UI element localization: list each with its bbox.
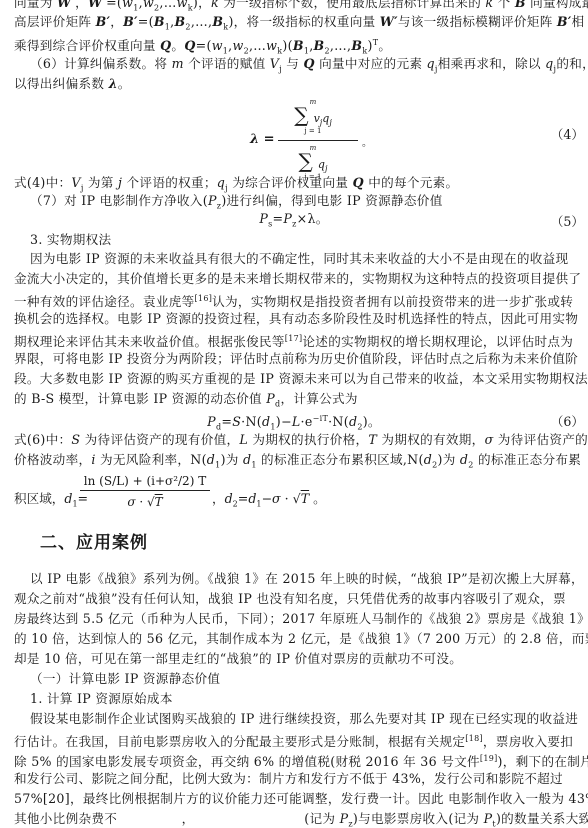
paragraph-line: 段。大多数电影 IP 资源的购买方重视的是 IP 资源未来可以为自己带来的收益，…: [14, 371, 584, 387]
paragraph-line: 期权理论来评估其未来收益价值。根据张俊民等[17]论述的实物期权的增长期权理论，…: [14, 331, 584, 350]
d1-denominator: σ · √T: [80, 495, 210, 509]
text-line: 以得出纠偏系数 λ。: [14, 76, 584, 92]
paragraph-line: 以 IP 电影《战狼》系列为例。《战狼 1》在 2015 年上映的时候，“战狼 …: [30, 571, 584, 587]
sum-upper: m: [278, 144, 348, 152]
sum-lower: j = 1: [278, 127, 348, 135]
equation-5: Ps=Pz×λ。: [0, 211, 588, 233]
paragraph-line: 的 10 倍，达到惊人的 56 亿元，其制作成本为 2 亿元，是《战狼 1》（7…: [14, 631, 584, 647]
text-line: 高层评价矩阵 B′，B′=(B1,B2,…,Bk)，将一级指标的权重向量 W′与…: [14, 14, 584, 36]
paragraph-line: 行估计。在我国，目前电影票房收入的分配最主要形式是分账制，根据有关规定[18]，…: [14, 731, 584, 750]
d1-formula: 积区域，d1= ln (S/L) + (i+σ²/2) T σ · √T ，d2…: [14, 474, 574, 518]
fraction-bar: [278, 140, 358, 141]
subsection-title-original-cost: 1. 计算 IP 资源原始成本: [30, 691, 584, 707]
paragraph-line: 却是 10 倍，可见在第一部里走红的“战狼”的 IP 价值对票房的贡献功不可没。: [14, 651, 584, 667]
text-line: （6）计算纠偏系数。将 m 个评语的赋值 Vj 与 Q 向量中对应的元素 qj相…: [30, 56, 584, 78]
section-title-application-case: 二、应用案例: [40, 528, 148, 553]
paragraph-line: 假设某电影制作企业试图购买战狼的 IP 进行继续投资，那么先要对其 IP 现在已…: [30, 711, 584, 727]
subsection-title-static-value: （一）计算电影 IP 资源静态价值: [30, 671, 584, 687]
paragraph-line: 一种有效的评估途径。袁业虎等[16]认为，实物期权是指投资者拥有以前投资带来的进…: [14, 291, 584, 310]
paragraph-line: 金流大小决定的，其价值增长更多的是未来增长期权带来的，实物期权为这种特点的投资项…: [14, 271, 584, 287]
paragraph-line: 57%[20]，最终比例根据制片方的议价能力还可能调整，发行费一计。因此 电影制…: [14, 791, 584, 807]
eq6-description: 价格波动率，i 为无风险利率，N(d1)为 d1 的标准正态分布累积区域,N(d…: [14, 452, 584, 474]
eq6-description: 式(6)中：S 为待评估资产的现有价值，L 为期权的执行价格，T 为期权的有效期…: [14, 432, 584, 448]
paragraph-line: 房最终达到 5.5 亿元（币种为人民币，下同）；2017 年原班人马制作的《战狼…: [14, 611, 584, 627]
equation-number-4: （4）: [551, 124, 584, 143]
paragraph-line: 的 B-S 模型，计算电影 IP 资源的动态价值 Pd，计算公式为: [14, 391, 584, 413]
sum-upper: m: [278, 98, 348, 106]
d1-numerator: ln (S/L) + (i+σ²/2) T: [80, 474, 210, 491]
equation-number-6: （6）: [551, 411, 584, 430]
paragraph-line: 其他小比例杂费不 ， (记为 Pz)与电影票房收入(记为 Pt)的数量关系大致为: [14, 811, 584, 828]
paragraph-line: 因为电影 IP 资源的未来收益具有很大的不确定性，同时其未来收益的大小不是由现在…: [30, 251, 584, 267]
paragraph-line: 界限，可将电影 IP 投资分为两阶段；评估时点前称为历史价值阶段，评估时点之后称…: [14, 351, 584, 367]
paragraph-line: 和发行公司、影院之间分配，比例大致为：制片方和发行方不低于 43%，发行公司和影…: [14, 771, 584, 787]
subsection-title-real-option: 3. 实物期权法: [30, 232, 584, 248]
eq4-numerator: m ∑ vjqj j = 1: [278, 98, 348, 135]
paragraph-line: 换机会的选择权。电影 IP 资源的投资过程，具有动态多阶段性及时机选择性的特点，…: [14, 311, 584, 327]
equation-number-5: （5）: [551, 211, 584, 230]
paragraph-line: 除 5% 的国家电影发展专项资金，再交纳 6% 的增值税(财税 2016 年 3…: [14, 751, 584, 770]
paragraph-line: 观众之前对“战狼”没有任何认知，战狼 IP 也没有知名度，只凭借优秀的故事内容吸…: [14, 591, 584, 607]
eq4-lhs: λ =: [250, 132, 275, 147]
